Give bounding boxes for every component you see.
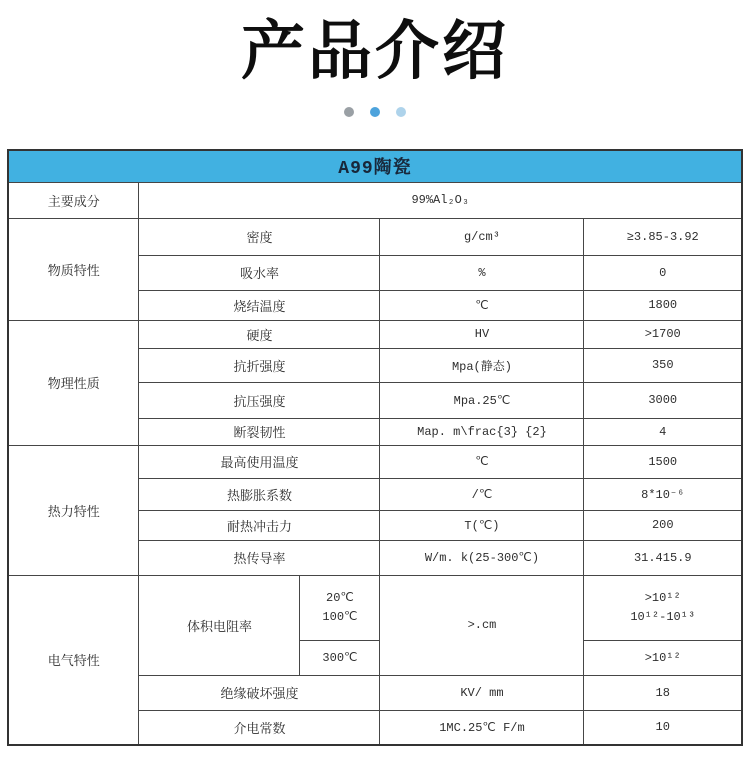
prop-value: 350 <box>584 348 742 382</box>
prop-name: 吸水率 <box>139 255 380 290</box>
carousel-dot-1[interactable] <box>344 107 354 117</box>
temp-300: 300℃ <box>300 640 380 675</box>
prop-unit: % <box>380 255 584 290</box>
prop-value: 10 <box>584 710 742 745</box>
prop-value: 1800 <box>584 290 742 320</box>
section-label-electrical: 电气特性 <box>8 575 139 745</box>
carousel-dot-3[interactable] <box>396 107 406 117</box>
prop-value: ≥3.85-3.92 <box>584 218 742 255</box>
prop-unit: Mpa(静态) <box>380 348 584 382</box>
prop-unit: KV/ mm <box>380 675 584 710</box>
main-component-value: 99%Al₂O₃ <box>139 182 742 218</box>
prop-unit: W/m. k(25-300℃) <box>380 540 584 575</box>
prop-name: 介电常数 <box>139 710 380 745</box>
prop-value: 200 <box>584 510 742 540</box>
value-20: >10¹² <box>588 589 737 608</box>
spec-table: A99陶瓷 主要成分 99%Al₂O₃ 物质特性 密度 g/cm³ ≥3.85-… <box>7 149 743 746</box>
prop-value: 0 <box>584 255 742 290</box>
value-100: 10¹²-10¹³ <box>588 608 737 627</box>
prop-name: 抗折强度 <box>139 348 380 382</box>
value-300: >10¹² <box>584 640 742 675</box>
prop-unit: 1MC.25℃ F/m <box>380 710 584 745</box>
prop-value: 3000 <box>584 382 742 418</box>
resistivity-unit: >.cm <box>380 575 584 675</box>
prop-value: 31.415.9 <box>584 540 742 575</box>
prop-value: 18 <box>584 675 742 710</box>
row-label-main-component: 主要成分 <box>8 182 139 218</box>
section-label-material: 物质特性 <box>8 218 139 320</box>
prop-name: 耐热冲击力 <box>139 510 380 540</box>
prop-unit: Map. m\frac{3} {2} <box>380 418 584 445</box>
section-label-thermal: 热力特性 <box>8 445 139 575</box>
carousel-dots <box>0 106 750 118</box>
page-title: 产品介绍 <box>0 8 750 94</box>
prop-value: 4 <box>584 418 742 445</box>
temp-100: 100℃ <box>304 608 375 627</box>
prop-name-resistivity: 体积电阻率 <box>139 575 300 675</box>
prop-name: 硬度 <box>139 320 380 348</box>
prop-unit: Mpa.25℃ <box>380 382 584 418</box>
temp-20: 20℃ <box>304 589 375 608</box>
prop-unit: g/cm³ <box>380 218 584 255</box>
prop-name: 断裂韧性 <box>139 418 380 445</box>
prop-unit: ℃ <box>380 445 584 478</box>
prop-name: 抗压强度 <box>139 382 380 418</box>
section-label-physical: 物理性质 <box>8 320 139 445</box>
prop-name: 最高使用温度 <box>139 445 380 478</box>
prop-value: 1500 <box>584 445 742 478</box>
prop-name: 热膨胀系数 <box>139 478 380 510</box>
resistivity-values-low: >10¹² 10¹²-10¹³ <box>584 575 742 640</box>
table-title: A99陶瓷 <box>8 150 742 182</box>
prop-unit: HV <box>380 320 584 348</box>
product-intro-page: 产品介绍 A99陶瓷 主要成分 99%Al₂O₃ 物质特性 密度 g/cm³ ≥… <box>0 8 750 760</box>
prop-unit: /℃ <box>380 478 584 510</box>
prop-name: 烧结温度 <box>139 290 380 320</box>
prop-unit: T(℃) <box>380 510 584 540</box>
prop-name: 热传导率 <box>139 540 380 575</box>
prop-name: 绝缘破坏强度 <box>139 675 380 710</box>
prop-name: 密度 <box>139 218 380 255</box>
prop-value: 8*10⁻⁶ <box>584 478 742 510</box>
carousel-dot-2[interactable] <box>370 107 380 117</box>
resistivity-temps-low: 20℃ 100℃ <box>300 575 380 640</box>
prop-unit: ℃ <box>380 290 584 320</box>
prop-value: >1700 <box>584 320 742 348</box>
